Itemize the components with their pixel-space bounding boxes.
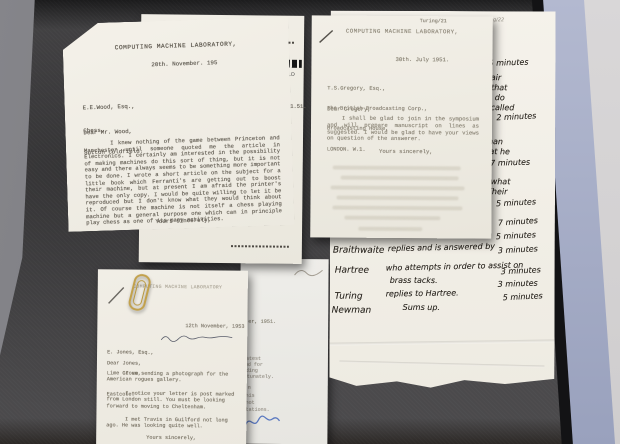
ink-signature <box>243 413 281 431</box>
paper-crease <box>329 339 554 345</box>
carbon-fragment: not <box>246 400 255 406</box>
letter-date: 12th November, 1953 <box>185 323 244 330</box>
letter-paragraph: I notice your letter is post marked from… <box>106 390 236 411</box>
time-allocation: 3 minutes <box>498 244 538 255</box>
gregory-letter: Turing/21 COMPUTING MACHINE LABORATORY, … <box>310 15 493 238</box>
letter-paragraph: I met Travis in Guilford not long ago. H… <box>106 416 236 430</box>
pencil-scribble <box>293 265 327 279</box>
time-allocation: 5 minutes <box>502 291 542 302</box>
time-allocation: 5 minutes <box>488 58 528 68</box>
closing: Yours sincerely, <box>121 434 221 441</box>
show-through-text <box>341 176 459 181</box>
time-allocation: 5 minutes <box>496 230 536 241</box>
carbon-date-fragment: er, 1951. <box>248 319 276 325</box>
speaker-name: Newman <box>332 306 372 316</box>
speaker-note: replies and is answered by <box>388 242 495 253</box>
ink-annotation-squiggle <box>159 334 239 345</box>
speaker-note: brass tacks. <box>390 276 438 285</box>
jones-letter: COMPUTING MACHINE LABORATORY 12th Novemb… <box>96 269 248 444</box>
recipient-line: T.S.Gregory, Esq., <box>327 85 427 92</box>
archive-box-photo: er, 1951. atest nd for ding rtunately. n… <box>0 0 620 444</box>
show-through-text <box>336 196 458 201</box>
show-through-text <box>358 227 422 231</box>
wood-letter: COMPUTING MACHINE LABORATORY, 20th. Nove… <box>62 17 294 232</box>
recipient-line: E.E.Wood, Esq., <box>83 103 142 112</box>
salutation: Dear Gregory, <box>327 105 371 112</box>
show-through-text <box>331 186 465 191</box>
letter-body: I knew nothing of the game between Princ… <box>84 135 283 227</box>
letter-body: I shall be glad to join in the symposium… <box>327 115 479 143</box>
speaker-name: Hartree <box>335 266 369 276</box>
speaker-note: Sums up. <box>403 303 440 312</box>
time-allocation: 3 minutes <box>498 279 538 289</box>
letter-header: COMPUTING MACHINE LABORATORY, <box>63 39 289 53</box>
recipient-line: E. Jones, Esq., <box>107 349 154 356</box>
speaker-name: Braithwaite <box>333 246 385 256</box>
letter-date: 20th. November. 195 <box>151 59 217 68</box>
time-allocation: 2 minutes <box>496 111 536 122</box>
letter-paragraph: I am sending a photograph for the Americ… <box>107 370 237 384</box>
carbon-copy-page: er, 1951. atest nd for ding rtunately. n… <box>239 259 328 444</box>
salutation: Dear Jones, <box>107 360 141 366</box>
closing: Yours sincerely, <box>351 148 461 156</box>
show-through-text <box>344 216 440 221</box>
carbon-fragment: rtunately. <box>244 374 274 380</box>
show-through-text <box>332 206 462 211</box>
time-allocation: 5 minutes <box>496 197 536 208</box>
time-allocation: 7 minutes <box>490 158 530 168</box>
carbon-fragment: n <box>248 385 251 391</box>
time-allocation: 7 minutes <box>498 216 539 228</box>
archive-ref-annotation: Turing/21 <box>420 18 447 24</box>
paper-crease <box>339 360 544 367</box>
letter-footer-smallprint <box>231 245 289 248</box>
letter-header: COMPUTING MACHINE LABORATORY, <box>312 27 493 35</box>
speaker-name: Turing <box>335 292 363 302</box>
show-through-text <box>333 166 461 171</box>
speaker-note: replies to Hartree. <box>386 288 459 298</box>
letter-date: 30th. July 1951. <box>395 56 449 63</box>
